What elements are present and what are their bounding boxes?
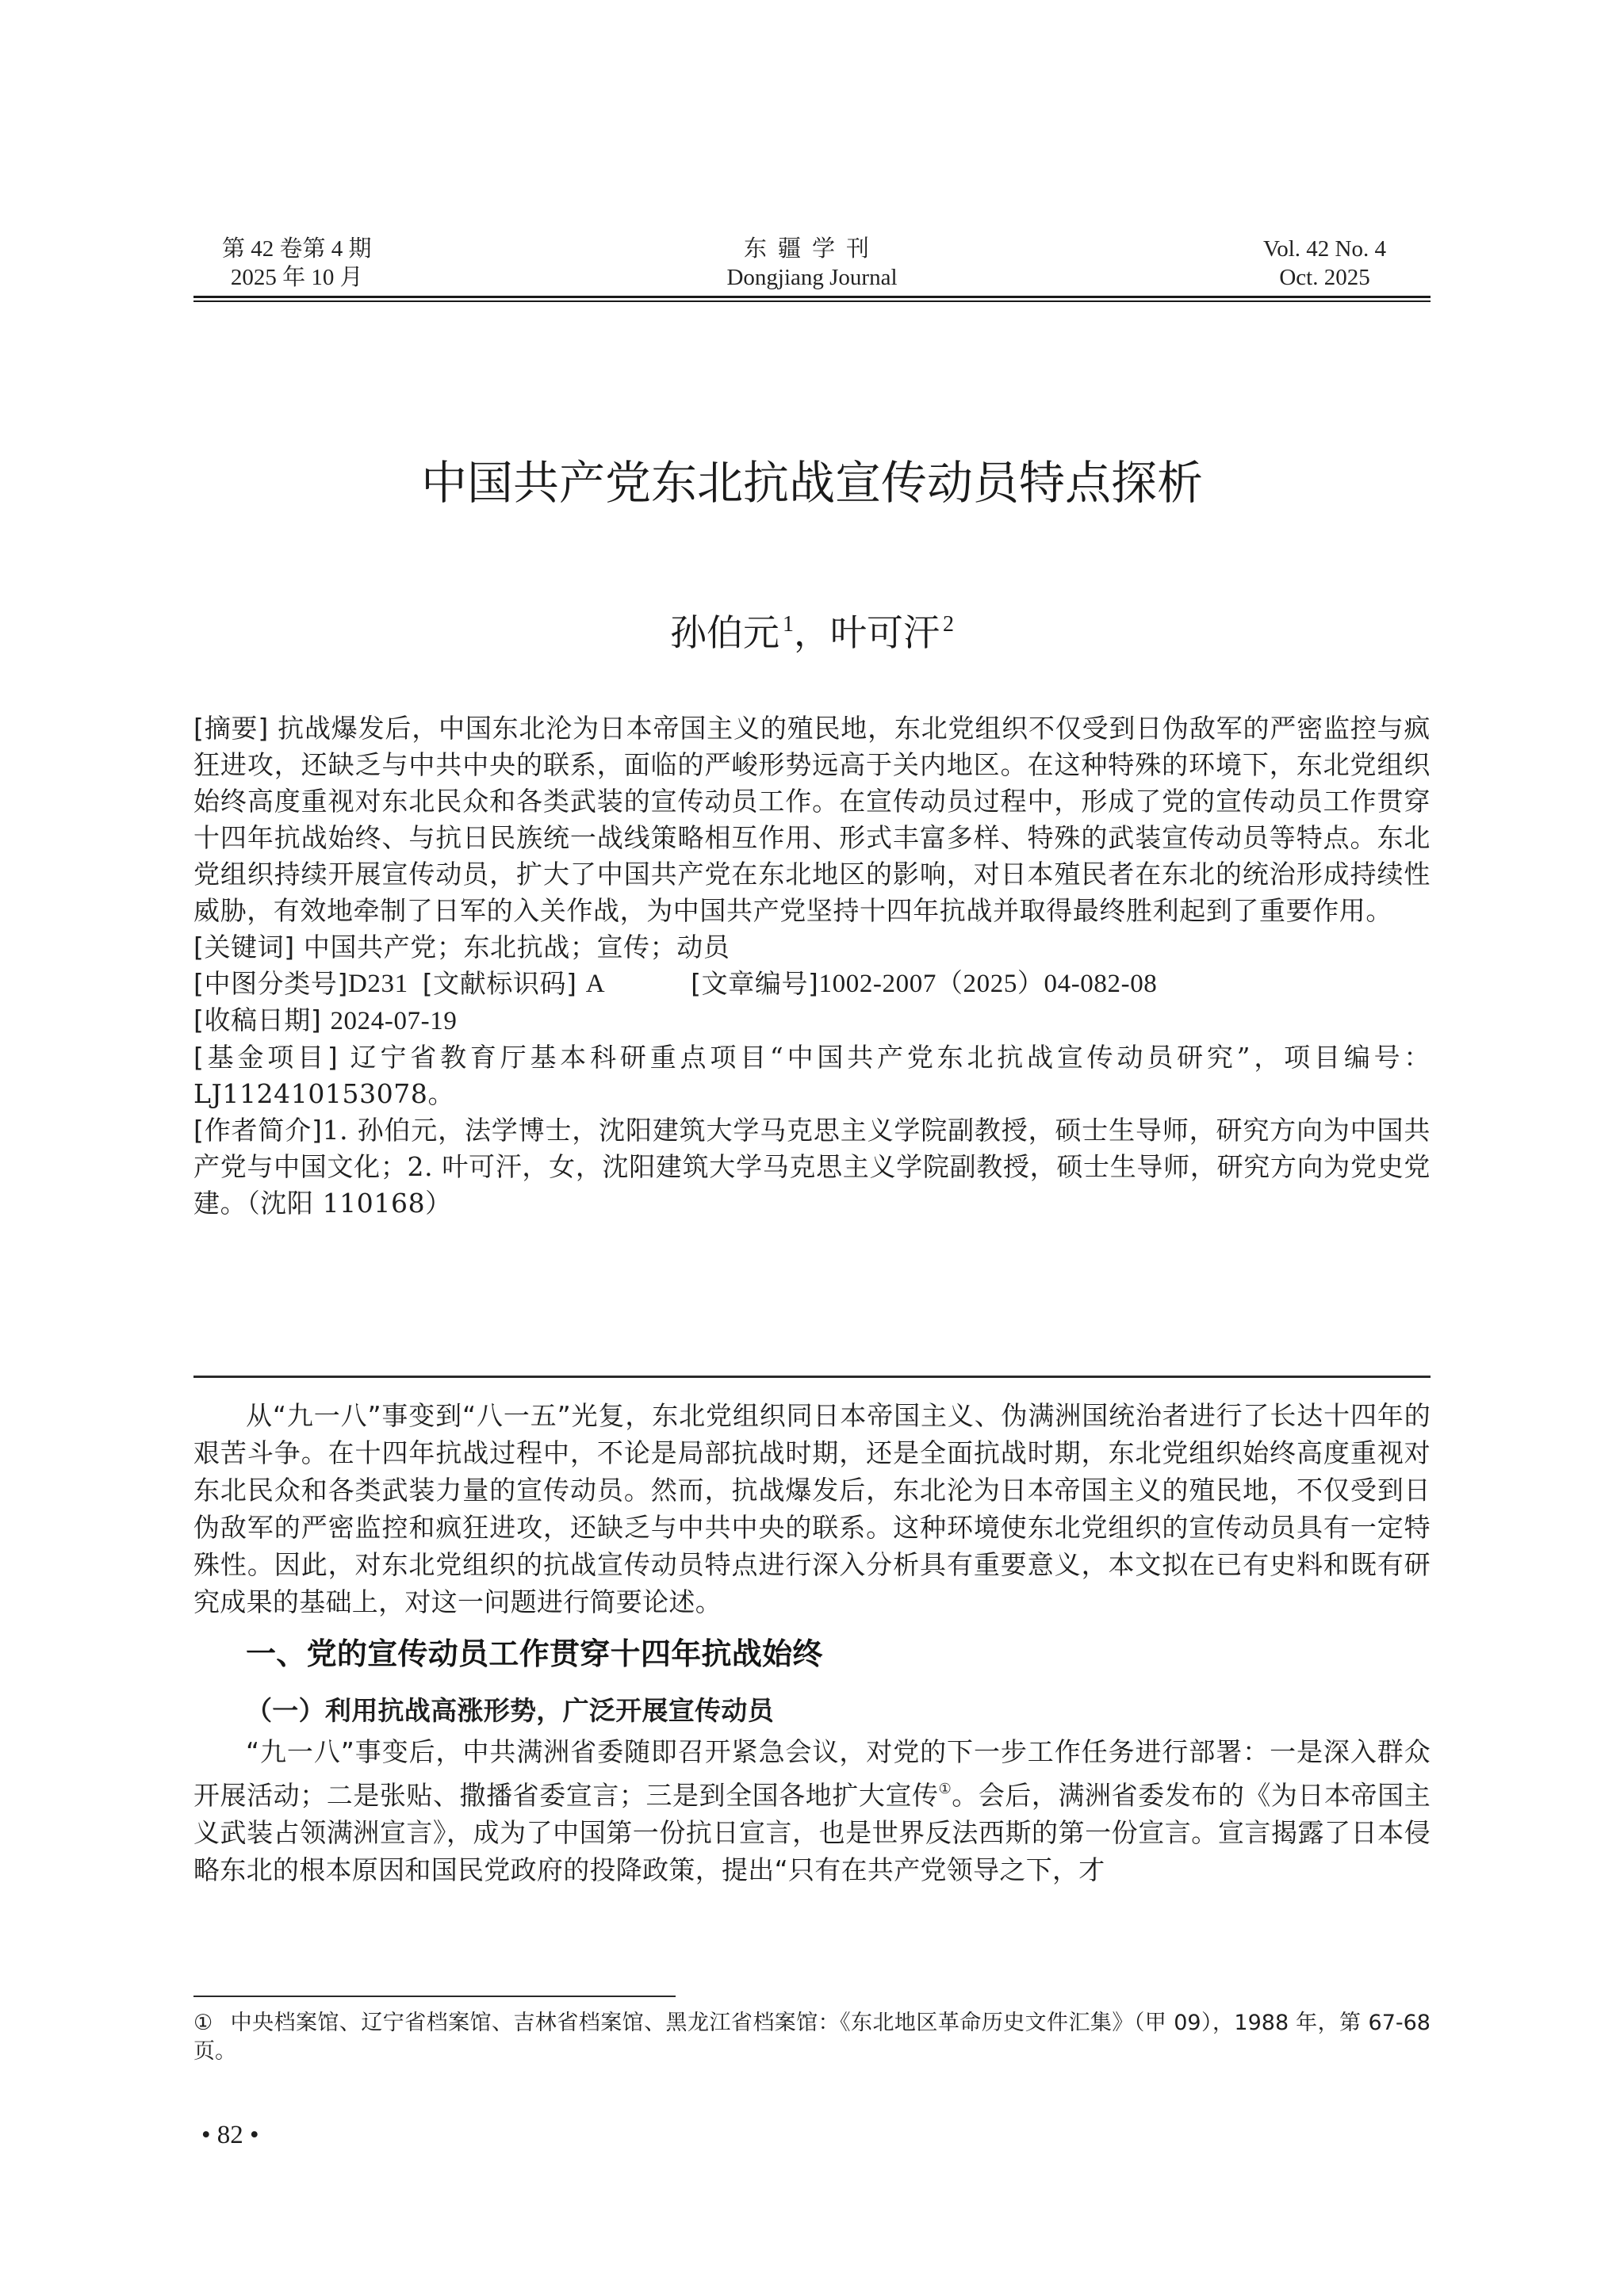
article-metadata: [摘要] 抗战爆发后，中国东北沦为日本帝国主义的殖民地，东北党组织不仅受到日伪敌… (193, 710, 1431, 1222)
journal-name-cn: 东疆学刊 (193, 235, 1431, 263)
footnote-reference-1[interactable]: ① (939, 1781, 952, 1797)
classification-line: [中图分类号]D231 [文献标识码] A [文章编号]1002-2007（20… (193, 966, 1431, 1002)
section-heading-1: 一、党的宣传动员工作贯穿十四年抗战始终 (193, 1630, 1431, 1678)
author-line: 孙伯元1，叶可汗2 (193, 601, 1431, 656)
keywords: [关键词] 中国共产党；东北抗战；宣传；动员 (193, 929, 1431, 966)
abstract-label: [摘要] (193, 713, 269, 744)
journal-name-en: Dongjiang Journal (193, 263, 1431, 292)
abstract: [摘要] 抗战爆发后，中国东北沦为日本帝国主义的殖民地，东北党组织不仅受到日伪敌… (193, 710, 1431, 929)
received-date-label: [收稿日期] (193, 1004, 321, 1035)
funding: [基金项目] 辽宁省教育厅基本科研重点项目“中国共产党东北抗战宣传动员研究”，项… (193, 1039, 1431, 1112)
article-title: 中国共产党东北抗战宣传动员特点探析 (193, 455, 1431, 511)
article-body: 从“九一八”事变到“八一五”光复，东北党组织同日本帝国主义、伪满洲国统治者进行了… (193, 1397, 1431, 1888)
author-name-2: 叶可汗 (830, 611, 940, 654)
keywords-text: 中国共产党；东北抗战；宣传；动员 (304, 932, 730, 962)
body-paragraph: “九一八”事变后，中共满洲省委随即召开紧急会议，对党的下一步工作任务进行部署：一… (193, 1733, 1431, 1888)
received-date-value: 2024-07-19 (330, 1007, 457, 1035)
funding-label: [基金项目] (193, 1042, 338, 1073)
keywords-label: [关键词] (193, 932, 295, 962)
running-header-journal: 东疆学刊 Dongjiang Journal (193, 235, 1431, 292)
volume-issue-en: Vol. 42 No. 4 (1263, 235, 1386, 263)
clc-label: [中图分类号] (193, 966, 348, 1002)
subsection-heading-1-1: （一）利用抗战高涨形势，广泛开展宣传动员 (193, 1689, 1431, 1733)
intro-paragraph: 从“九一八”事变到“八一五”光复，东北党组织同日本帝国主义、伪满洲国统治者进行了… (193, 1397, 1431, 1621)
funding-text: 辽宁省教育厅基本科研重点项目“中国共产党东北抗战宣传动员研究”，项目编号：LJ1… (193, 1042, 1431, 1109)
author-affiliation-mark-2: 2 (943, 612, 954, 637)
author-bio: [作者简介]1. 孙伯元，法学博士，沈阳建筑大学马克思主义学院副教授，硕士生导师… (193, 1112, 1431, 1222)
author-bio-text: 1. 孙伯元，法学博士，沈阳建筑大学马克思主义学院副教授，硕士生导师，研究方向为… (193, 1115, 1431, 1219)
article-number-value: 1002-2007（2025）04-082-08 (819, 966, 1158, 1002)
author-name-1: 孙伯元 (670, 611, 779, 654)
footnote-text: 中央档案馆、辽宁省档案馆、吉林省档案馆、黑龙江省档案馆：《东北地区革命历史文件汇… (193, 2011, 1431, 2064)
header-rule-thick (193, 296, 1431, 298)
abstract-separator-rule (193, 1376, 1431, 1378)
author-separator: ， (794, 611, 830, 654)
abstract-text: 抗战爆发后，中国东北沦为日本帝国主义的殖民地，东北党组织不仅受到日伪敌军的严密监… (193, 713, 1431, 926)
doc-code-value: A (586, 966, 605, 1002)
footnote-mark: ① (193, 2011, 213, 2035)
author-bio-label: [作者简介] (193, 1115, 323, 1146)
running-header-volume: Vol. 42 No. 4 Oct. 2025 (1263, 235, 1386, 292)
article-number-label: [文章编号] (691, 966, 818, 1002)
footnote-1: ①中央档案馆、辽宁省档案馆、吉林省档案馆、黑龙江省档案馆：《东北地区革命历史文件… (193, 2009, 1431, 2066)
author-affiliation-mark-1: 1 (783, 612, 794, 637)
running-header: 第 42 卷第 4 期 2025 年 10 月 东疆学刊 Dongjiang J… (193, 235, 1431, 298)
page-number: • 82 • (201, 2119, 259, 2151)
clc-value: D231 (348, 966, 408, 1002)
received-date: [收稿日期] 2024-07-19 (193, 1002, 1431, 1039)
publication-date-en: Oct. 2025 (1263, 263, 1386, 292)
doc-code-label: [文献标识码] (423, 966, 577, 1002)
footnote-separator-rule (193, 1996, 676, 1997)
header-rule-thin (193, 300, 1431, 302)
